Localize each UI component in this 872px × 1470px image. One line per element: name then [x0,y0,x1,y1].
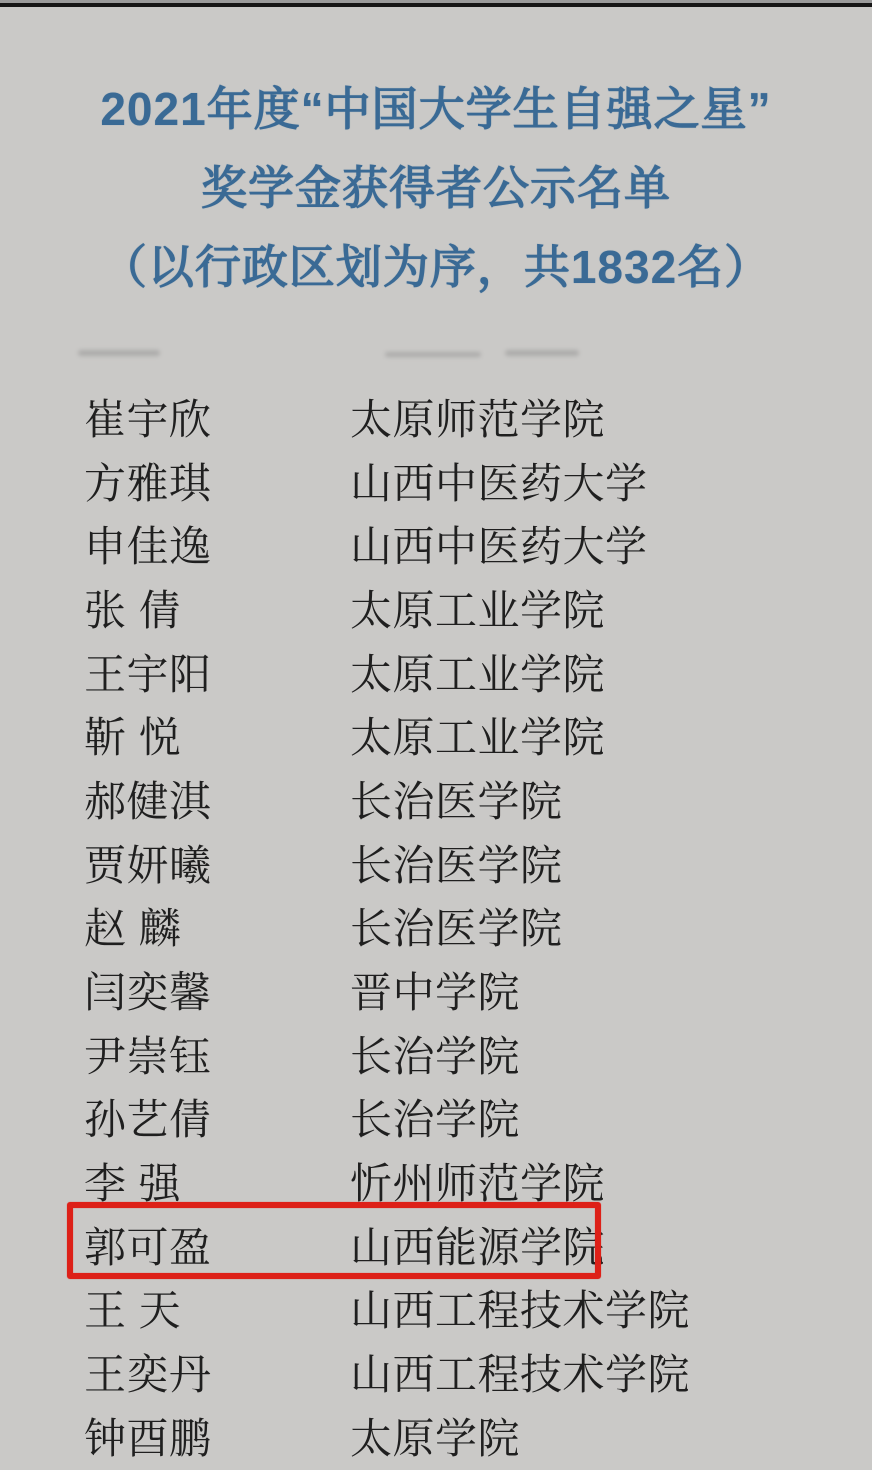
recipient-name: 李 强 [84,1151,350,1211]
top-divider-line [0,3,872,7]
list-item: 贾妍曦 长治医学院 [0,831,872,895]
recipient-school: 太原师范学院 [350,387,605,447]
recipient-school: 太原工业学院 [350,578,605,638]
title-line-1: 2021年度“中国大学生自强之星” [0,70,872,149]
recipient-name: 靳 悦 [84,705,350,765]
announcement-page: 2021年度“中国大学生自强之星” 奖学金获得者公示名单 （以行政区划为序，共1… [0,0,872,1470]
recipient-name: 钟酉鹏 [84,1406,350,1466]
recipient-name: 王 天 [84,1278,350,1338]
clipped-row-remnant [0,344,872,364]
recipient-school: 山西工程技术学院 [350,1342,690,1402]
text-remnant-smudge [385,352,481,357]
list-item: 尹崇钰 长治学院 [0,1022,872,1086]
recipient-name: 赵 麟 [84,896,350,956]
list-item: 方雅琪 山西中医药大学 [0,449,872,513]
list-item: 李 强 忻州师范学院 [0,1149,872,1213]
recipient-school: 长治医学院 [350,833,563,893]
recipient-name: 申佳逸 [84,514,350,574]
list-item: 崔宇欣 太原师范学院 [0,385,872,449]
recipient-school: 山西工程技术学院 [350,1278,690,1338]
recipient-name: 闫奕馨 [84,960,350,1020]
recipient-school: 太原工业学院 [350,705,605,765]
recipient-school: 太原学院 [350,1406,520,1466]
list-item: 靳 悦 太原工业学院 [0,703,872,767]
recipient-name: 王宇阳 [84,642,350,702]
recipient-school: 忻州师范学院 [350,1151,605,1211]
recipient-name: 郝健淇 [84,769,350,829]
title-line-2: 奖学金获得者公示名单 [0,149,872,228]
recipient-name: 方雅琪 [84,451,350,511]
list-item: 王 天 山西工程技术学院 [0,1277,872,1341]
list-item: 闫奕馨 晋中学院 [0,958,872,1022]
list-item: 郝健淇 长治医学院 [0,767,872,831]
title-line-3: （以行政区划为序，共1832名） [0,228,872,307]
list-item: 张 倩 太原工业学院 [0,576,872,640]
recipient-name: 张 倩 [84,578,350,638]
list-item: 王奕丹 山西工程技术学院 [0,1340,872,1404]
list-item: 郭可盈 山西能源学院 [0,1213,872,1277]
list-item: 申佳逸 山西中医药大学 [0,512,872,576]
recipient-list: 崔宇欣 太原师范学院 方雅琪 山西中医药大学 申佳逸 山西中医药大学 张 倩 太… [0,385,872,1468]
list-item: 王宇阳 太原工业学院 [0,640,872,704]
recipient-name: 贾妍曦 [84,833,350,893]
recipient-school: 太原工业学院 [350,642,605,702]
recipient-name: 王奕丹 [84,1342,350,1402]
recipient-school: 山西能源学院 [350,1215,605,1275]
text-remnant-smudge [505,350,579,356]
recipient-school: 长治医学院 [350,896,563,956]
list-item: 孙艺倩 长治学院 [0,1086,872,1150]
recipient-name: 孙艺倩 [84,1087,350,1147]
recipient-school: 长治医学院 [350,769,563,829]
list-item: 赵 麟 长治医学院 [0,895,872,959]
text-remnant-smudge [78,350,160,356]
recipient-school: 山西中医药大学 [350,451,648,511]
page-title: 2021年度“中国大学生自强之星” 奖学金获得者公示名单 （以行政区划为序，共1… [0,70,872,307]
recipient-school: 山西中医药大学 [350,514,648,574]
recipient-school: 长治学院 [350,1024,520,1084]
recipient-name: 尹崇钰 [84,1024,350,1084]
list-item: 钟酉鹏 太原学院 [0,1404,872,1468]
recipient-school: 晋中学院 [350,960,520,1020]
recipient-name: 郭可盈 [84,1215,350,1275]
recipient-school: 长治学院 [350,1087,520,1147]
recipient-name: 崔宇欣 [84,387,350,447]
